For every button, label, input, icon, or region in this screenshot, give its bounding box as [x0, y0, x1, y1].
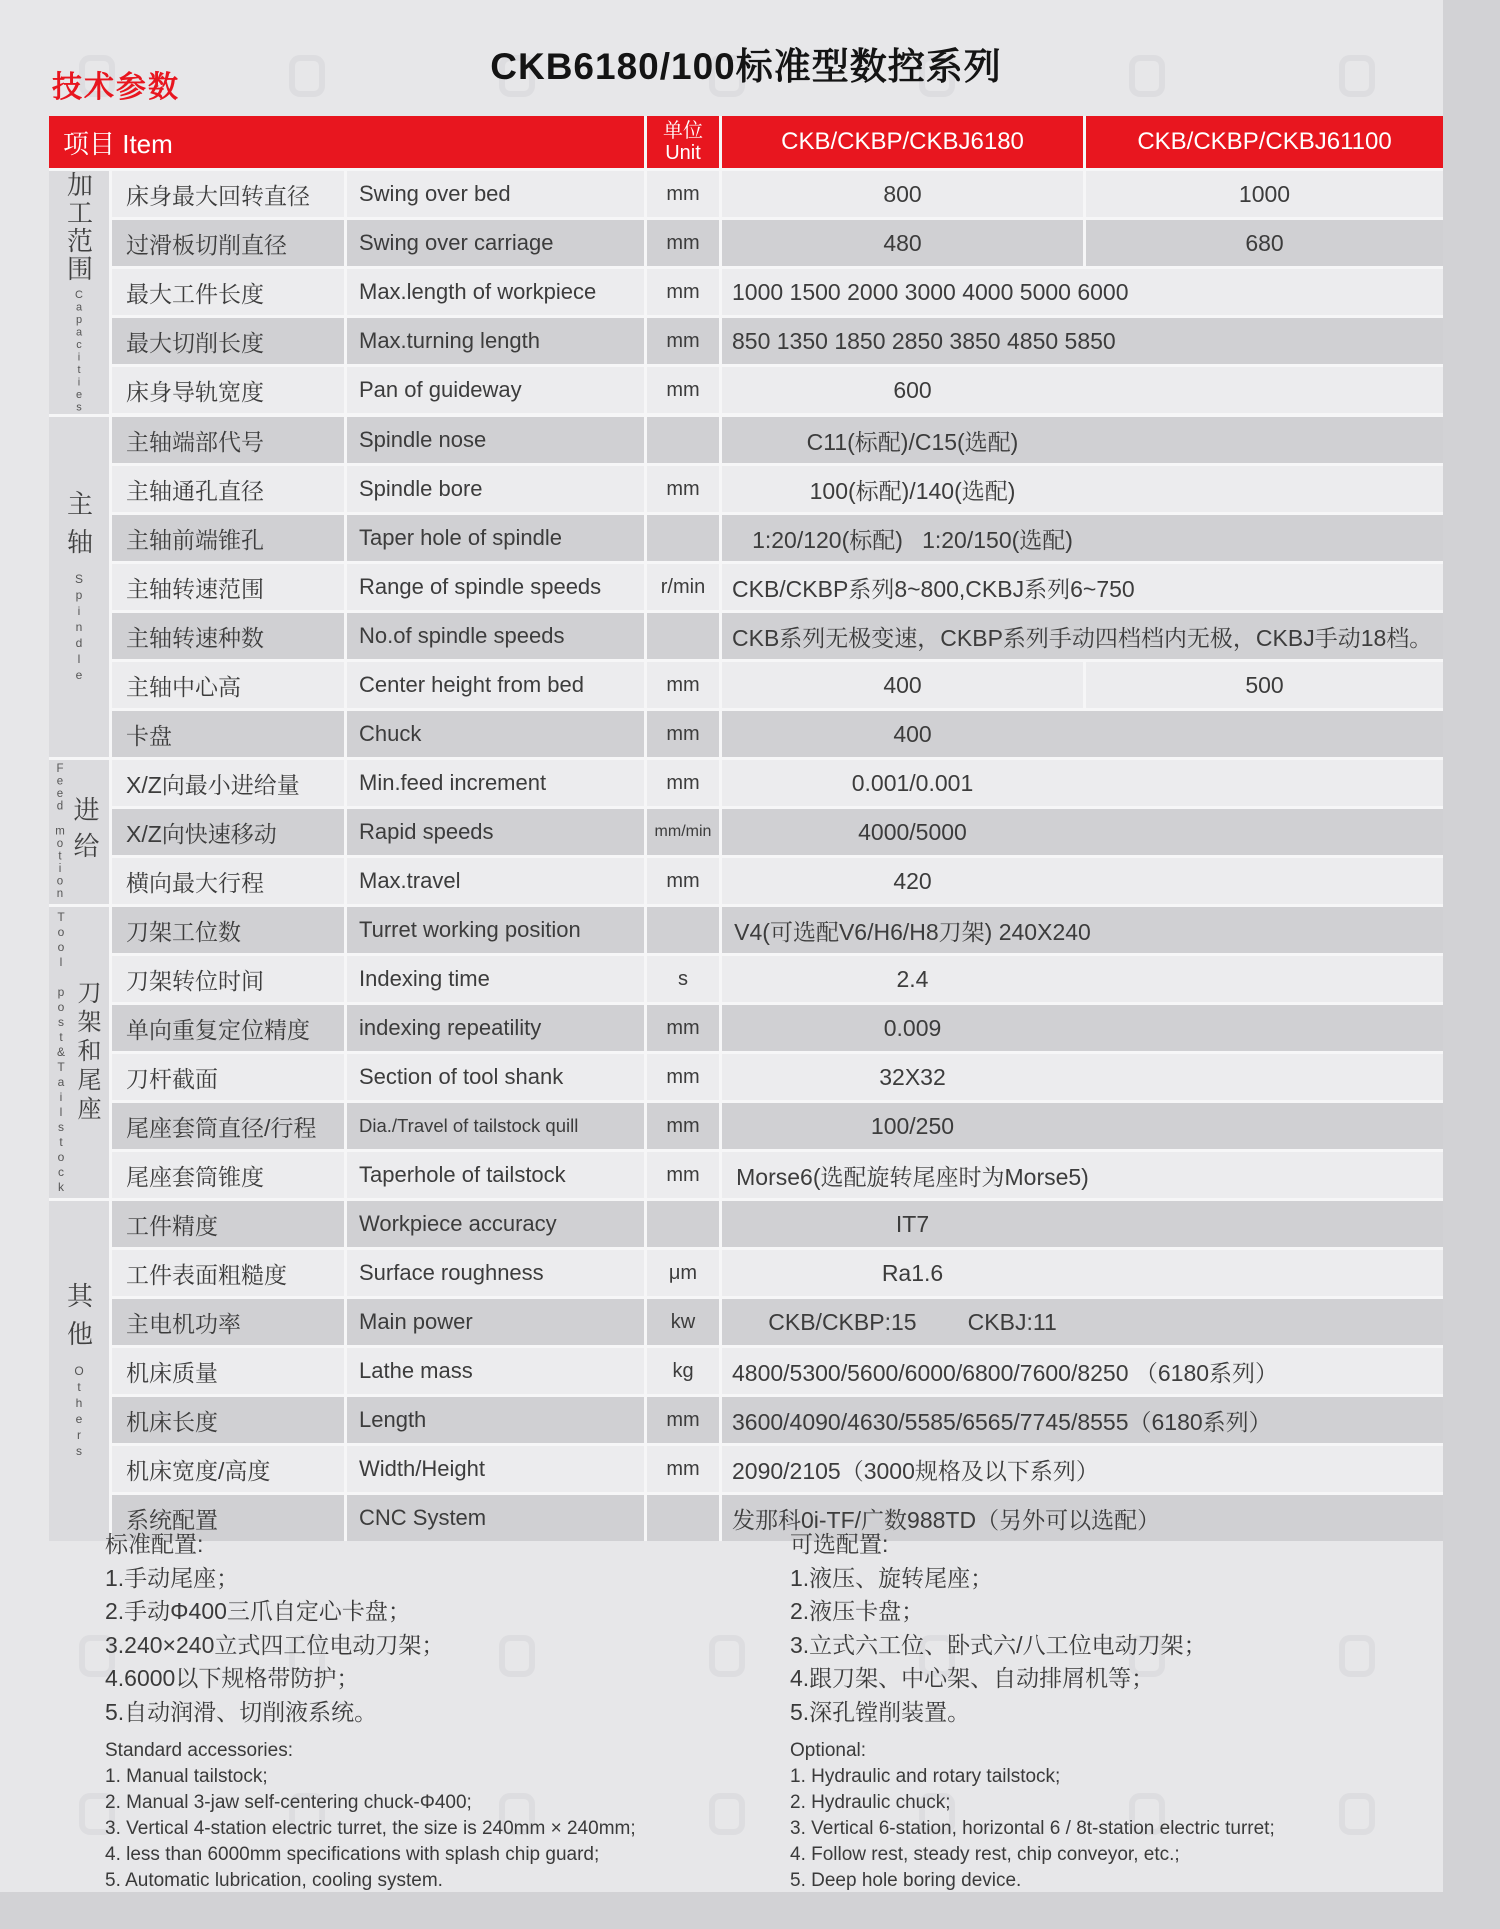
section-label-cn: 进给 [67, 796, 104, 868]
standard-config-item-en: 5. Automatic lubrication, cooling system… [105, 1868, 725, 1894]
optional-accessories-en: Optional: 1. Hydraulic and rotary tailst… [790, 1738, 1440, 1894]
item-name-cn: 最大工件长度 [112, 269, 344, 315]
item-name-cn: 主轴中心高 [112, 662, 344, 708]
item-unit: mm [647, 1152, 719, 1198]
item-name-en: No.of spindle speeds [347, 613, 644, 659]
table-row: 床身最大回转直径 Swing over bed mm 800 1000 [112, 171, 1443, 217]
section-spindle: 主轴 Spindle 主轴端部代号 Spindle nose C11(标配)/C… [49, 417, 1443, 757]
table-row: X/Z向最小进给量 Min.feed increment mm 0.001/0.… [112, 760, 1443, 806]
optional-config-item-cn: 1.液压、旋转尾座； [790, 1562, 1440, 1596]
table-row: 主轴转速范围 Range of spindle speeds r/min CKB… [112, 564, 1443, 610]
item-name-cn: 床身导轨宽度 [112, 367, 344, 413]
value-text: 100/250 [732, 1113, 1093, 1140]
value-text: 0.001/0.001 [732, 770, 1093, 797]
standard-config-item-cn: 1.手动尾座； [105, 1562, 725, 1596]
value-model-6180: 600 [722, 367, 1443, 413]
item-name-en: Section of tool shank [347, 1054, 644, 1100]
optional-config-column: 可选配置: 1.液压、旋转尾座；2.液压卡盘；3.立式六工位、卧式六/八工位电动… [790, 1528, 1440, 1894]
item-name-en: indexing repeatility [347, 1005, 644, 1051]
table-row: 主电机功率 Main power kw CKB/CKBP:15 CKBJ:11 [112, 1299, 1443, 1345]
table-row: 卡盘 Chuck mm 400 [112, 711, 1443, 757]
section-label-spindle: 主轴 Spindle [49, 417, 109, 757]
item-name-en: Turret working position [347, 907, 644, 953]
item-name-en: Max.length of workpiece [347, 269, 644, 315]
table-row: 主轴端部代号 Spindle nose C11(标配)/C15(选配) [112, 417, 1443, 463]
item-unit: mm [647, 220, 719, 266]
item-unit: mm [647, 171, 719, 217]
item-unit: mm [647, 858, 719, 904]
item-name-cn: 床身最大回转直径 [112, 171, 344, 217]
table-row: 尾座套筒直径/行程 Dia./Travel of tailstock quill… [112, 1103, 1443, 1149]
value-model-6180: 2.4 [722, 956, 1443, 1002]
table-row: 主轴中心高 Center height from bed mm 400 500 [112, 662, 1443, 708]
section-feed-motion: Feed motion 进给 X/Z向最小进给量 Min.feed increm… [49, 760, 1443, 904]
item-name-cn: 主轴转速范围 [112, 564, 344, 610]
table-row: 主轴转速种数 No.of spindle speeds CKB系列无极变速，CK… [112, 613, 1443, 659]
section-label-others: 其他 Others [49, 1201, 109, 1541]
item-unit: mm [647, 318, 719, 364]
item-unit: mm [647, 367, 719, 413]
item-name-cn: 刀杆截面 [112, 1054, 344, 1100]
section-label-cn: 刀架和尾座 [69, 980, 104, 1125]
item-name-en: Max.turning length [347, 318, 644, 364]
value-text: CKB/CKBP系列8~800,CKBJ系列6~750 [732, 571, 1135, 604]
rows-capacities: 床身最大回转直径 Swing over bed mm 800 1000 过滑板切… [112, 171, 1443, 414]
section-label-cn: 主轴 [61, 490, 98, 566]
value-text: 32X32 [732, 1064, 1093, 1091]
item-name-cn: 尾座套筒锥度 [112, 1152, 344, 1198]
item-name-cn: 过滑板切削直径 [112, 220, 344, 266]
value-model-6180: 420 [722, 858, 1443, 904]
value-text: 2090/2105（3000规格及以下系列） [732, 1453, 1099, 1486]
value-model-6180: 32X32 [722, 1054, 1443, 1100]
table-row: 过滑板切削直径 Swing over carriage mm 480 680 [112, 220, 1443, 266]
item-unit: mm [647, 1054, 719, 1100]
header-item: 项目 Item [49, 116, 644, 168]
optional-config-item-en: 2. Hydraulic chuck; [790, 1790, 1440, 1816]
item-unit: μm [647, 1250, 719, 1296]
standard-config-item-en: 2. Manual 3-jaw self-centering chuck-Φ40… [105, 1790, 725, 1816]
section-label-en: Capacities [73, 289, 85, 414]
value-text: IT7 [732, 1211, 1093, 1238]
value-model-6180: 400 [722, 711, 1443, 757]
item-unit: s [647, 956, 719, 1002]
item-name-en: Lathe mass [347, 1348, 644, 1394]
section-label-en: Spindle [72, 572, 86, 684]
item-name-cn: 主轴前端锥孔 [112, 515, 344, 561]
value-model-6180: 4800/5300/5600/6000/6800/7600/8250 （6180… [722, 1348, 1443, 1394]
table-row: 刀架工位数 Turret working position V4(可选配V6/H… [112, 907, 1443, 953]
value-text: 400 [732, 721, 1093, 748]
item-unit: mm [647, 1397, 719, 1443]
item-name-en: Rapid speeds [347, 809, 644, 855]
value-model-6180: 850 1350 1850 2850 3850 4850 5850 [722, 318, 1443, 364]
table-row: 刀架转位时间 Indexing time s 2.4 [112, 956, 1443, 1002]
item-name-en: Swing over carriage [347, 220, 644, 266]
item-unit [647, 417, 719, 463]
section-label-feed-motion: Feed motion 进给 [49, 760, 109, 904]
item-unit: mm [647, 1005, 719, 1051]
item-name-en: Workpiece accuracy [347, 1201, 644, 1247]
item-name-cn: 机床长度 [112, 1397, 344, 1443]
item-unit [647, 907, 719, 953]
value-model-6180: Ra1.6 [722, 1250, 1443, 1296]
table-row: 工件精度 Workpiece accuracy IT7 [112, 1201, 1443, 1247]
value-model-6180: C11(标配)/C15(选配) [722, 417, 1443, 463]
section-others: 其他 Others 工件精度 Workpiece accuracy IT7 工件… [49, 1201, 1443, 1541]
rows-toolpost-tailstock: 刀架工位数 Turret working position V4(可选配V6/H… [112, 907, 1443, 1198]
table-header-row: 项目 Item 单位 Unit CKB/CKBP/CKBJ6180 CKB/CK… [49, 116, 1443, 168]
standard-config-item-cn: 5.自动润滑、切削液系统。 [105, 1696, 725, 1730]
item-name-en: Center height from bed [347, 662, 644, 708]
item-unit [647, 613, 719, 659]
header-unit: 单位 Unit [647, 116, 719, 168]
rows-feed-motion: X/Z向最小进给量 Min.feed increment mm 0.001/0.… [112, 760, 1443, 904]
value-model-61100: 680 [1086, 220, 1443, 266]
header-unit-cn: 单位 [663, 120, 703, 142]
standard-config-item-en: 3. Vertical 4-station electric turret, t… [105, 1816, 725, 1842]
item-name-cn: 刀架工位数 [112, 907, 344, 953]
value-text: 850 1350 1850 2850 3850 4850 5850 [732, 328, 1116, 355]
header-unit-en: Unit [665, 142, 701, 164]
item-name-en: Taperhole of tailstock [347, 1152, 644, 1198]
item-unit: mm [647, 269, 719, 315]
item-name-en: Spindle bore [347, 466, 644, 512]
item-name-cn: 主轴端部代号 [112, 417, 344, 463]
spec-table: 项目 Item 单位 Unit CKB/CKBP/CKBJ6180 CKB/CK… [49, 116, 1443, 1541]
optional-config-item-en: 5. Deep hole boring device. [790, 1868, 1440, 1894]
value-model-6180: 4000/5000 [722, 809, 1443, 855]
table-row: 机床宽度/高度 Width/Height mm 2090/2105（3000规格… [112, 1446, 1443, 1492]
value-text: 1:20/120(标配) 1:20/150(选配) [732, 522, 1093, 555]
table-row: 机床质量 Lathe mass kg 4800/5300/5600/6000/6… [112, 1348, 1443, 1394]
standard-config-list-en: 1. Manual tailstock;2. Manual 3-jaw self… [105, 1764, 725, 1894]
item-unit [647, 515, 719, 561]
value-text: 680 [1245, 230, 1283, 257]
optional-config-item-en: 4. Follow rest, steady rest, chip convey… [790, 1842, 1440, 1868]
section-label-cn: 加工范围 [61, 171, 98, 283]
optional-config-item-en: 3. Vertical 6-station, horizontal 6 / 8t… [790, 1816, 1440, 1842]
item-name-cn: 最大切削长度 [112, 318, 344, 364]
item-name-cn: 主轴通孔直径 [112, 466, 344, 512]
item-name-cn: 卡盘 [112, 711, 344, 757]
item-unit [647, 1201, 719, 1247]
value-model-6180: 2090/2105（3000规格及以下系列） [722, 1446, 1443, 1492]
page-title: CKB6180/100标准型数控系列 [49, 36, 1443, 90]
item-name-en: Max.travel [347, 858, 644, 904]
optional-config-list-en: 1. Hydraulic and rotary tailstock;2. Hyd… [790, 1764, 1440, 1894]
item-name-cn: 刀架转位时间 [112, 956, 344, 1002]
item-unit: mm [647, 711, 719, 757]
item-name-en: Swing over bed [347, 171, 644, 217]
item-name-en: Surface roughness [347, 1250, 644, 1296]
value-text: 1000 [1239, 181, 1290, 208]
table-row: 主轴通孔直径 Spindle bore mm 100(标配)/140(选配) [112, 466, 1443, 512]
section-label-toolpost-tailstock: Tool post&Tailstock 刀架和尾座 [49, 907, 109, 1198]
item-name-en: Min.feed increment [347, 760, 644, 806]
value-text: 0.009 [732, 1015, 1093, 1042]
item-unit: r/min [647, 564, 719, 610]
optional-config-item-en: 1. Hydraulic and rotary tailstock; [790, 1764, 1440, 1790]
value-model-6180: 800 [722, 171, 1083, 217]
item-name-en: Taper hole of spindle [347, 515, 644, 561]
standard-config-title-cn: 标准配置: [105, 1528, 725, 1562]
section-label-cn: 其他 [61, 1282, 98, 1358]
standard-config-item-en: 4. less than 6000mm specifications with … [105, 1842, 725, 1868]
standard-accessories-en: Standard accessories: 1. Manual tailstoc… [105, 1738, 725, 1894]
item-name-en: Length [347, 1397, 644, 1443]
optional-config-item-cn: 4.跟刀架、中心架、自动排屑机等； [790, 1662, 1440, 1696]
value-text: Morse6(选配旋转尾座时为Morse5) [732, 1159, 1093, 1192]
section-label-capacities: 加工范围 Capacities [49, 171, 109, 414]
section-label-en: Feed motion [54, 763, 66, 901]
standard-config-title-en: Standard accessories: [105, 1738, 725, 1764]
value-text: 400 [883, 672, 921, 699]
value-text: 1000 1500 2000 3000 4000 5000 6000 [732, 279, 1129, 306]
value-model-6180: CKB/CKBP系列8~800,CKBJ系列6~750 [722, 564, 1443, 610]
value-model-6180: 3600/4090/4630/5585/6565/7745/8555（6180系… [722, 1397, 1443, 1443]
table-row: 刀杆截面 Section of tool shank mm 32X32 [112, 1054, 1443, 1100]
item-unit: mm [647, 1446, 719, 1492]
optional-config-item-cn: 2.液压卡盘； [790, 1595, 1440, 1629]
rows-others: 工件精度 Workpiece accuracy IT7 工件表面粗糙度 Surf… [112, 1201, 1443, 1541]
item-name-cn: 尾座套筒直径/行程 [112, 1103, 344, 1149]
value-model-6180: Morse6(选配旋转尾座时为Morse5) [722, 1152, 1443, 1198]
table-row: 主轴前端锥孔 Taper hole of spindle 1:20/120(标配… [112, 515, 1443, 561]
item-name-cn: 主轴转速种数 [112, 613, 344, 659]
value-model-6180: 100(标配)/140(选配) [722, 466, 1443, 512]
table-row: 单向重复定位精度 indexing repeatility mm 0.009 [112, 1005, 1443, 1051]
table-row: 尾座套筒锥度 Taperhole of tailstock mm Morse6(… [112, 1152, 1443, 1198]
header-model-6180: CKB/CKBP/CKBJ6180 [722, 116, 1083, 168]
item-name-cn: 单向重复定位精度 [112, 1005, 344, 1051]
optional-config-item-cn: 3.立式六工位、卧式六/八工位电动刀架； [790, 1629, 1440, 1663]
value-text: 4000/5000 [732, 819, 1093, 846]
item-unit: mm [647, 466, 719, 512]
value-model-6180: 480 [722, 220, 1083, 266]
optional-config-list-cn: 1.液压、旋转尾座；2.液压卡盘；3.立式六工位、卧式六/八工位电动刀架；4.跟… [790, 1562, 1440, 1730]
value-text: 100(标配)/140(选配) [732, 473, 1093, 506]
optional-config-title-en: Optional: [790, 1738, 1440, 1764]
tech-params-label: 技术参数 [52, 62, 180, 106]
value-model-6180: 0.009 [722, 1005, 1443, 1051]
section-label-en: Others [72, 1364, 86, 1460]
value-text: CKB系列无极变速，CKBP系列手动四档档内无极，CKBJ手动18档。 [732, 620, 1432, 653]
item-name-cn: 横向最大行程 [112, 858, 344, 904]
value-text: 800 [883, 181, 921, 208]
value-text: V4(可选配V6/H6/H8刀架) 240X240 [732, 914, 1093, 947]
item-name-cn: X/Z向最小进给量 [112, 760, 344, 806]
value-model-6180: IT7 [722, 1201, 1443, 1247]
item-name-cn: 工件精度 [112, 1201, 344, 1247]
section-label-en: Tool post&Tailstock [54, 910, 68, 1195]
table-row: 床身导轨宽度 Pan of guideway mm 600 [112, 367, 1443, 413]
item-name-en: Spindle nose [347, 417, 644, 463]
item-name-en: Width/Height [347, 1446, 644, 1492]
standard-config-column: 标准配置: 1.手动尾座；2.手动Φ400三爪自定心卡盘；3.240×240立式… [105, 1528, 725, 1894]
item-name-cn: 机床宽度/高度 [112, 1446, 344, 1492]
table-row: 最大切削长度 Max.turning length mm 850 1350 18… [112, 318, 1443, 364]
section-capacities: 加工范围 Capacities 床身最大回转直径 Swing over bed … [49, 171, 1443, 414]
item-unit: kg [647, 1348, 719, 1394]
value-model-6180: 400 [722, 662, 1083, 708]
item-name-en: Main power [347, 1299, 644, 1345]
standard-config-item-cn: 4.6000以下规格带防护； [105, 1662, 725, 1696]
standard-config-item-cn: 3.240×240立式四工位电动刀架； [105, 1629, 725, 1663]
value-text: 4800/5300/5600/6000/6800/7600/8250 （6180… [732, 1355, 1278, 1388]
header-model-61100: CKB/CKBP/CKBJ61100 [1086, 116, 1443, 168]
optional-config-item-cn: 5.深孔镗削装置。 [790, 1696, 1440, 1730]
section-toolpost-tailstock: Tool post&Tailstock 刀架和尾座 刀架工位数 Turret w… [49, 907, 1443, 1198]
item-name-en: Pan of guideway [347, 367, 644, 413]
standard-config-list-cn: 1.手动尾座；2.手动Φ400三爪自定心卡盘；3.240×240立式四工位电动刀… [105, 1562, 725, 1730]
optional-config-title-cn: 可选配置: [790, 1528, 1440, 1562]
value-text: Ra1.6 [732, 1260, 1093, 1287]
value-model-6180: CKB/CKBP:15 CKBJ:11 [722, 1299, 1443, 1345]
standard-config-item-cn: 2.手动Φ400三爪自定心卡盘； [105, 1595, 725, 1629]
item-name-en: Indexing time [347, 956, 644, 1002]
value-model-61100: 1000 [1086, 171, 1443, 217]
table-row: 横向最大行程 Max.travel mm 420 [112, 858, 1443, 904]
value-model-6180: 0.001/0.001 [722, 760, 1443, 806]
table-row: 最大工件长度 Max.length of workpiece mm 1000 1… [112, 269, 1443, 315]
item-name-cn: 工件表面粗糙度 [112, 1250, 344, 1296]
item-name-en: Chuck [347, 711, 644, 757]
item-name-en: Range of spindle speeds [347, 564, 644, 610]
item-unit: kw [647, 1299, 719, 1345]
value-model-6180: V4(可选配V6/H6/H8刀架) 240X240 [722, 907, 1443, 953]
value-text: 2.4 [732, 966, 1093, 993]
table-row: 机床长度 Length mm 3600/4090/4630/5585/6565/… [112, 1397, 1443, 1443]
value-text: 3600/4090/4630/5585/6565/7745/8555（6180系… [732, 1404, 1272, 1437]
value-text: 500 [1245, 672, 1283, 699]
item-name-cn: X/Z向快速移动 [112, 809, 344, 855]
standard-config-item-en: 1. Manual tailstock; [105, 1764, 725, 1790]
rows-spindle: 主轴端部代号 Spindle nose C11(标配)/C15(选配) 主轴通孔… [112, 417, 1443, 757]
value-model-61100: 500 [1086, 662, 1443, 708]
value-text: C11(标配)/C15(选配) [732, 424, 1093, 457]
value-text: 600 [732, 377, 1093, 404]
value-model-6180: CKB系列无极变速，CKBP系列手动四档档内无极，CKBJ手动18档。 [722, 613, 1443, 659]
item-name-cn: 机床质量 [112, 1348, 344, 1394]
item-name-en: Dia./Travel of tailstock quill [347, 1103, 644, 1149]
value-model-6180: 100/250 [722, 1103, 1443, 1149]
value-model-6180: 1000 1500 2000 3000 4000 5000 6000 [722, 269, 1443, 315]
item-unit: mm [647, 760, 719, 806]
item-unit: mm [647, 662, 719, 708]
table-row: 工件表面粗糙度 Surface roughness μm Ra1.6 [112, 1250, 1443, 1296]
value-text: CKB/CKBP:15 CKBJ:11 [732, 1309, 1093, 1336]
item-name-cn: 主电机功率 [112, 1299, 344, 1345]
value-text: 480 [883, 230, 921, 257]
item-unit: mm/min [647, 809, 719, 855]
item-unit: mm [647, 1103, 719, 1149]
table-row: X/Z向快速移动 Rapid speeds mm/min 4000/5000 [112, 809, 1443, 855]
value-model-6180: 1:20/120(标配) 1:20/150(选配) [722, 515, 1443, 561]
value-text: 420 [732, 868, 1093, 895]
